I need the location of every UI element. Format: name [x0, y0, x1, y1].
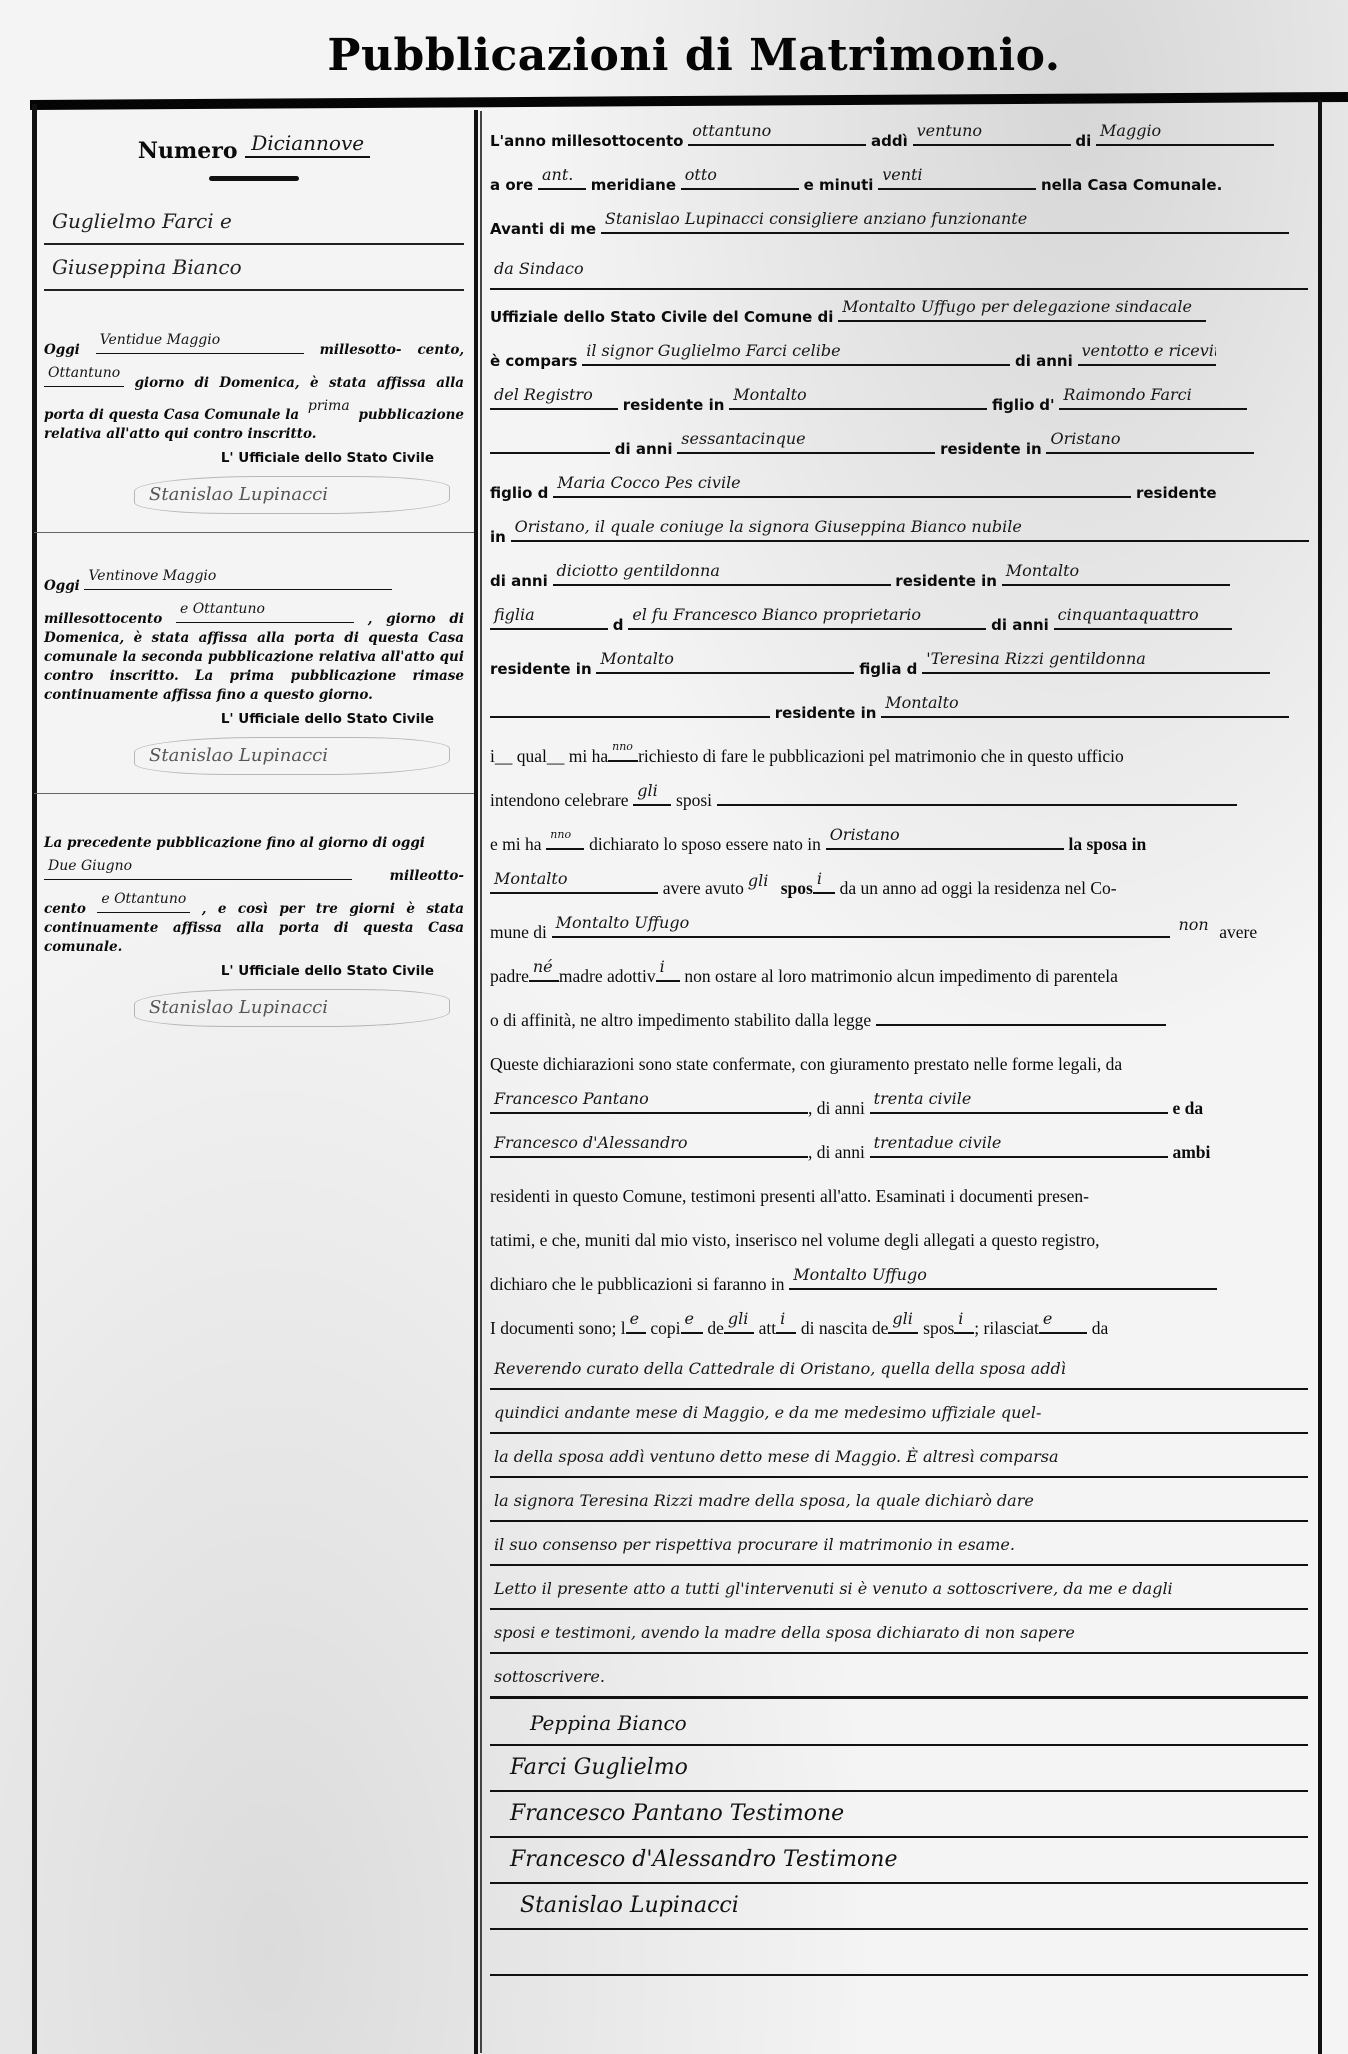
signature-witness1: Francesco Pantano Testimone [490, 1792, 1308, 1838]
numero-value: Diciannove [245, 130, 370, 158]
second-publication-notice: Oggi Ventinove Maggio millesottocento e … [44, 563, 464, 705]
father-age-field: sessantacinque [677, 426, 935, 454]
spouse-names: Guglielmo Farci e Giuseppina Bianco [44, 199, 464, 291]
day-field: ventuno [913, 118, 1071, 146]
officer-label: L' Ufficiale dello Stato Civile [44, 450, 464, 466]
left-column: Numero Diciannove Guglielmo Farci e Gius… [44, 118, 464, 1027]
record-number: Numero Diciannove [44, 130, 464, 164]
bride-residence-field: Montalto [1002, 558, 1230, 586]
section-divider [34, 793, 474, 794]
groom-name: Guglielmo Farci e [44, 199, 464, 245]
comune-field: Montalto Uffugo per delegazione sindacal… [838, 294, 1206, 322]
signature-bride: Peppina Bianco [490, 1708, 1308, 1746]
witness2-age-field: trentadue civile [870, 1130, 1168, 1158]
marriage-act: L'anno millesottocento ottantuno addì ve… [490, 118, 1308, 1976]
groom-age-field: ventotto e ricevitore [1078, 338, 1216, 366]
month-field: Maggio [1096, 118, 1274, 146]
bride-birthplace-field: Montalto [490, 866, 658, 894]
page-title: Pubblicazioni di Matrimonio. [0, 30, 1348, 81]
act-line-time: a ore ant. meridiane otto e minuti venti… [490, 162, 1308, 206]
bride-age-field: diciotto gentildonna [553, 558, 891, 586]
groom-residence-field: Montalto [729, 382, 987, 410]
officer-label: L' Ufficiale dello Stato Civile [44, 711, 464, 727]
act-line-comune: Uffiziale dello Stato Civile del Comune … [490, 294, 1308, 338]
officer-label: L' Ufficiale dello Stato Civile [44, 963, 464, 979]
document-page: Pubblicazioni di Matrimonio. Numero Dici… [0, 0, 1348, 2054]
witness2-name-field: Francesco d'Alessandro [490, 1130, 808, 1158]
second-pub-year: e Ottantuno [176, 596, 354, 623]
officer-signature: Stanislao Lupinacci [134, 737, 450, 775]
groom-birthplace-field: Oristano [826, 822, 1064, 850]
act-line-groom: è compars il signor Guglielmo Farci celi… [490, 338, 1308, 382]
decorative-rule [209, 176, 299, 181]
signature-witness2: Francesco d'Alessandro Testimone [490, 1838, 1308, 1884]
bride-mother-field: 'Teresina Rizzi gentildonna [922, 646, 1270, 674]
bride-father-field: el fu Francesco Bianco proprietario [628, 602, 986, 630]
third-notice: La precedente pubblicazione fino al gior… [44, 834, 464, 957]
father-residence-field: Oristano [1046, 426, 1254, 454]
numero-label: Numero [138, 138, 238, 164]
year-field: ottantuno [688, 118, 866, 146]
hour-field: otto [681, 162, 799, 190]
witness1-age-field: trenta civile [870, 1086, 1168, 1114]
third-notice-year: e Ottantuno [97, 886, 190, 913]
groom-field: il signor Guglielmo Farci celibe [582, 338, 1010, 366]
officer-signature: Stanislao Lupinacci [134, 476, 450, 514]
bride-name: Giuseppina Bianco [44, 245, 464, 291]
act-line-date: L'anno millesottocento ottantuno addì ve… [490, 118, 1308, 162]
column-divider [474, 110, 478, 2054]
third-notice-date: Due Giugno [44, 853, 352, 880]
witness1-name-field: Francesco Pantano [490, 1086, 808, 1114]
top-rule [30, 92, 1348, 110]
second-pub-date: Ventinove Maggio [84, 563, 392, 590]
first-pub-year: Ottantuno [44, 360, 124, 387]
left-border [32, 104, 37, 2054]
residence-comune-field: Montalto Uffugo [552, 910, 1170, 938]
first-publication-notice: Oggi Ventidue Maggio millesotto- cento, … [44, 327, 464, 444]
signature-blank-line [490, 1930, 1308, 1976]
section-divider [34, 532, 474, 533]
right-border [1318, 100, 1322, 2054]
groom-father-field: Raimondo Farci [1059, 382, 1247, 410]
signatures: Peppina Bianco Farci Guglielmo Francesco… [490, 1708, 1308, 1976]
officer-name-field: Stanislao Lupinacci consigliere anziano … [601, 206, 1289, 234]
bride-father-age-field: cinquantaquattro [1054, 602, 1232, 630]
handwritten-body: Reverendo curato della Cattedrale di Ori… [490, 1350, 1308, 1702]
signature-groom: Farci Guglielmo [490, 1746, 1308, 1792]
publication-place-field: Montalto Uffugo [789, 1262, 1217, 1290]
officer-signature: Stanislao Lupinacci [134, 989, 450, 1027]
groom-mother-field: Maria Cocco Pes civile [553, 470, 1131, 498]
act-line-officer: Avanti di me Stanislao Lupinacci consigl… [490, 206, 1308, 250]
minutes-field: venti [878, 162, 1036, 190]
first-pub-date: Ventidue Maggio [96, 327, 304, 354]
signature-officer: Stanislao Lupinacci [490, 1884, 1308, 1930]
